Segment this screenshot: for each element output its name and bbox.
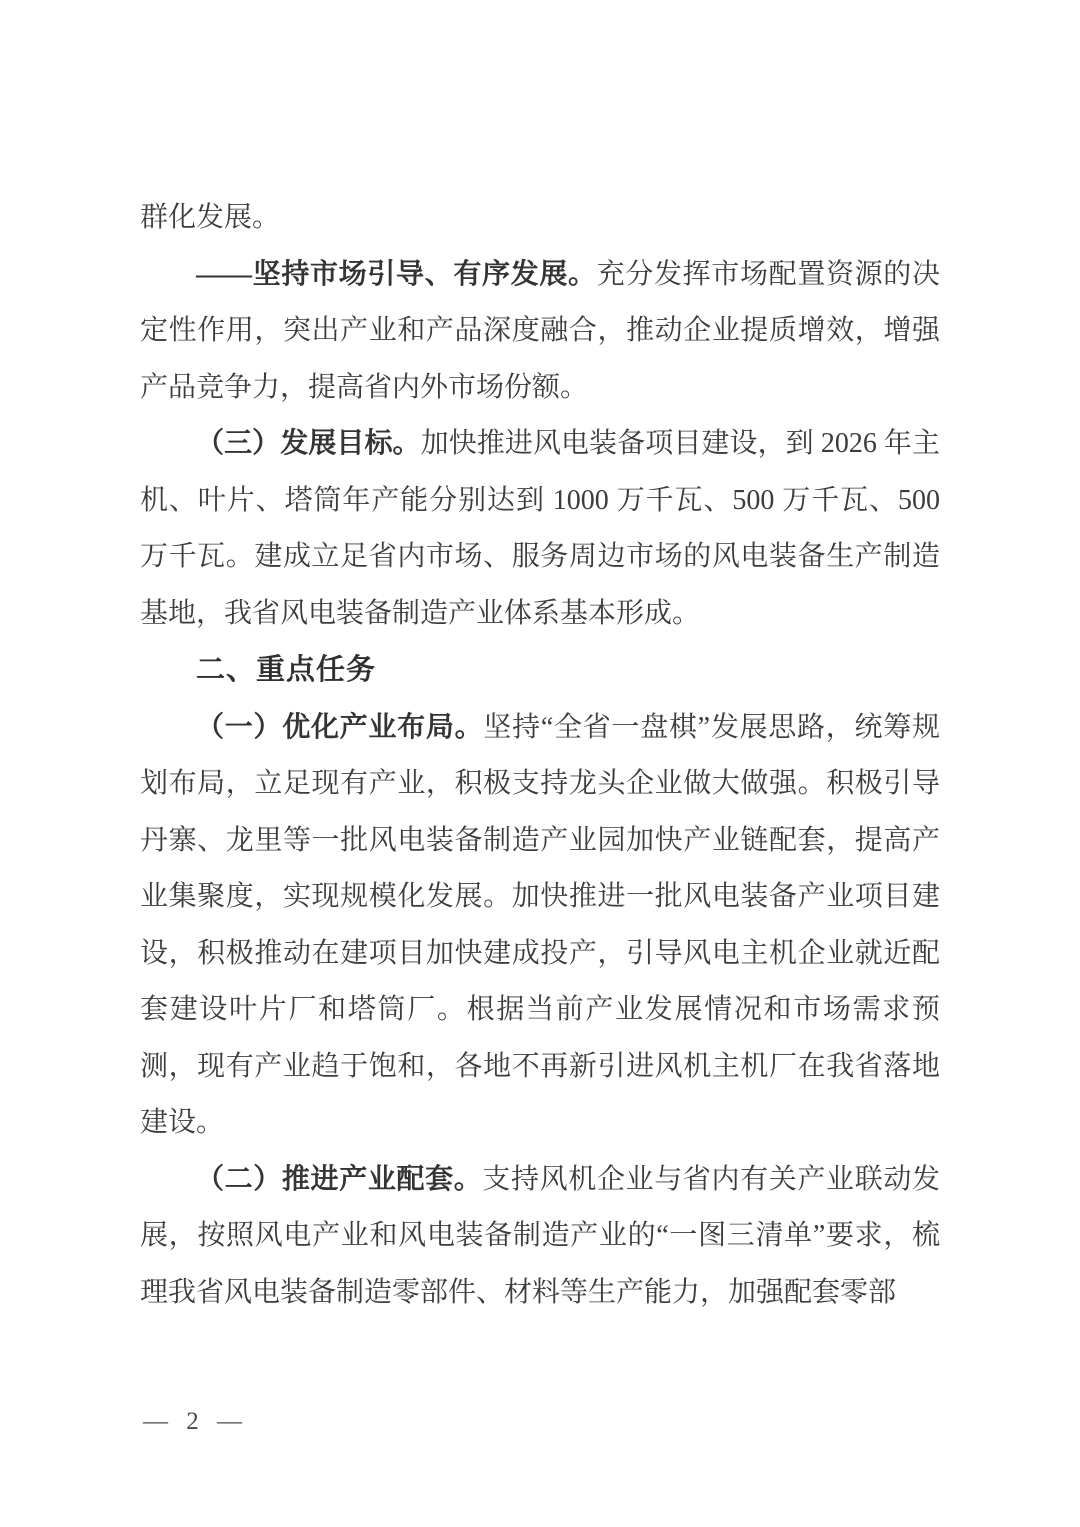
document-page: 群化发展。 ——坚持市场引导、有序发展。充分发挥市场配置资源的决定性作用，突出产… [0,0,1080,1527]
paragraph-principle-market-guidance: ——坚持市场引导、有序发展。充分发挥市场配置资源的决定性作用，突出产业和产品深度… [140,247,940,417]
paragraph-optimize-industry-layout: （一）优化产业布局。坚持“全省一盘棋”发展思路，统筹规划布局，立足现有产业，积极… [140,700,940,1152]
paragraph-promote-industry-support: （二）推进产业配套。支持风机企业与省内有关产业联动发展，按照风电产业和风电装备制… [140,1152,940,1322]
page-number: — 2 — [143,1408,248,1435]
optimize-layout-body-text: 坚持“全省一盘棋”发展思路，统筹规划布局，立足现有产业，积极支持龙头企业做大做强… [140,712,940,1139]
industry-support-emphasis: （二）推进产业配套。 [196,1164,482,1195]
optimize-layout-emphasis: （一）优化产业布局。 [196,712,483,743]
section-heading-key-tasks-text: 二、重点任务 [196,654,376,686]
page-footer: — 2 — [143,1408,443,1436]
document-body: 群化发展。 ——坚持市场引导、有序发展。充分发挥市场配置资源的决定性作用，突出产… [140,190,940,1321]
paragraph-continuation: 群化发展。 [140,190,940,247]
paragraph-development-goals: （三）发展目标。加快推进风电装备项目建设，到 2026 年主机、叶片、塔筒年产能… [140,416,940,642]
market-guidance-emphasis: ——坚持市场引导、有序发展。 [196,259,597,290]
section-heading-key-tasks: 二、重点任务 [140,642,940,700]
development-goals-emphasis: （三）发展目标。 [196,428,421,459]
paragraph-continuation-text: 群化发展。 [140,202,280,233]
